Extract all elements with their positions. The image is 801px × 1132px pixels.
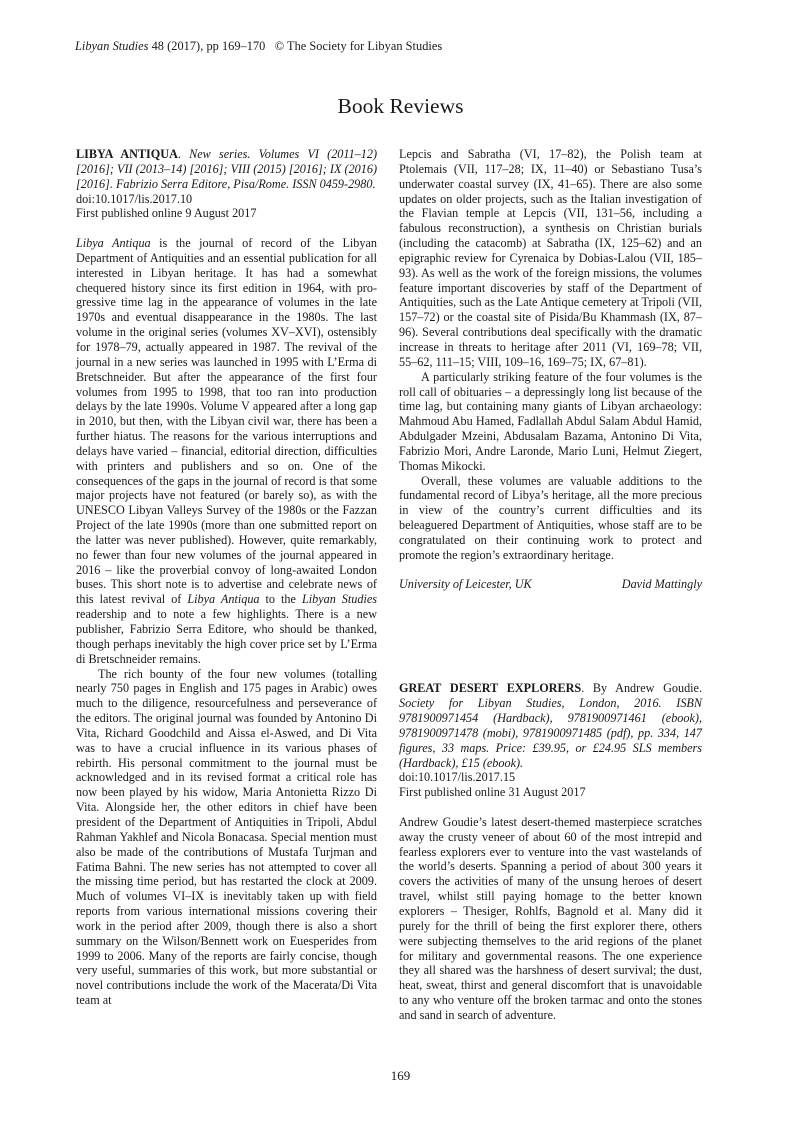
review1-title: LIBYA ANTIQUA (76, 147, 178, 161)
page-title: Book Reviews (0, 94, 801, 119)
left-column: LIBYA ANTIQUA. New series. Volumes VI (2… (76, 147, 377, 1008)
text: to the (260, 592, 302, 606)
review1-heading: LIBYA ANTIQUA. New series. Volumes VI (2… (76, 147, 377, 192)
page-number: 169 (0, 1068, 801, 1084)
review1-author: David Mattingly (622, 577, 702, 592)
copyright: © The Society for Libyan Studies (275, 39, 442, 53)
review2-paragraph-1: Andrew Goudie’s latest desert-themed mas… (399, 815, 702, 1023)
review2-byline: . By Andrew Goudie. (581, 681, 702, 695)
citation: 48 (2017), pp 169–170 (148, 39, 265, 53)
italic-text: Libya Antiqua (76, 236, 151, 250)
italic-text: Libya Antiqua (187, 592, 259, 606)
review1-paragraph-3: A particularly striking feature of the f… (399, 370, 702, 474)
review1-title-punct: . (178, 147, 189, 161)
review1-paragraph-4: Overall, these volumes are valuable addi… (399, 474, 702, 563)
review1-paragraph-2: The rich bounty of the four new volumes … (76, 667, 377, 1008)
text: is the journal of record of the Libyan D… (76, 236, 377, 606)
review1-published: First published online 9 August 2017 (76, 206, 377, 221)
running-head: Libyan Studies 48 (2017), pp 169–170 © T… (75, 39, 442, 54)
review2-details: Society for Libyan Studies, London, 2016… (399, 696, 702, 769)
review1-doi: doi:10.1017/lis.2017.10 (76, 192, 377, 207)
review2-title: GREAT DESERT EXPLORERS (399, 681, 581, 695)
review2-published: First published online 31 August 2017 (399, 785, 702, 800)
review1-signature: University of Leicester, UK David Mattin… (399, 577, 702, 592)
review1-affiliation: University of Leicester, UK (399, 577, 532, 592)
journal-name: Libyan Studies (75, 39, 148, 53)
review1-paragraph-2-continued: Lepcis and Sabratha (VI, 17–82), the Pol… (399, 147, 702, 370)
review1-paragraph-1: Libya Antiqua is the journal of record o… (76, 236, 377, 666)
text: readership and to note a few highlights.… (76, 607, 377, 666)
review2-doi: doi:10.1017/lis.2017.15 (399, 770, 702, 785)
right-column: Lepcis and Sabratha (VI, 17–82), the Pol… (399, 147, 702, 1023)
italic-text: Libyan Studies (302, 592, 377, 606)
review2-heading: GREAT DESERT EXPLORERS. By Andrew Goudie… (399, 681, 702, 770)
